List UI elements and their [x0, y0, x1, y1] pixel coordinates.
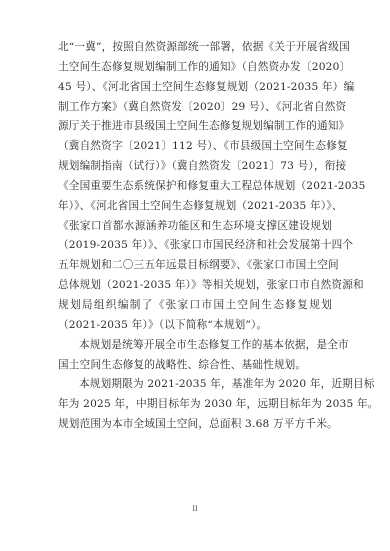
text-line: 45 号）、《河北省国土空间生态修复规划（2021-2035 年）编 — [58, 78, 332, 98]
text-line: 年）》、《河北省国土空间生态修复规划（2021-2035 年）》、 — [58, 197, 332, 217]
text-line: 本规划期限为 2021-2035 年，基准年为 2020 年，近期目标 — [58, 375, 332, 395]
text-line: 总体规划（2021-2035 年）》等相关规划，张家口市自然资源和 — [58, 276, 332, 296]
text-line: 土空间生态修复规划编制工作的通知》（自然资办发〔2020〕 — [58, 58, 332, 78]
text-line: 北“一冀”，按照自然资源部统一部署，依据《关于开展省级国 — [58, 38, 332, 58]
text-line: （2021-2035 年）》（以下简称“本规划”）。 — [58, 316, 332, 336]
text-line: 源厅关于推进市县级国土空间生态修复规划编制工作的通知》 — [58, 117, 332, 137]
page-number: II — [0, 504, 390, 513]
text-line: 五年规划和二〇三五年远景目标纲要》、《张家口市国土空间 — [58, 256, 332, 276]
text-line: 国土空间生态修复的战略性、综合性、基础性规划。 — [58, 356, 332, 376]
body-text: 北“一冀”，按照自然资源部统一部署，依据《关于开展省级国 土空间生态修复规划编制… — [58, 38, 332, 435]
text-line: 年为 2025 年，中期目标年为 2030 年，远期目标年为 2035 年。 — [58, 395, 332, 415]
document-page: 北“一冀”，按照自然资源部统一部署，依据《关于开展省级国 土空间生态修复规划编制… — [0, 0, 390, 551]
text-line: 规划局组织编制了《张家口市国土空间生态修复规划 — [58, 296, 332, 316]
text-line: 规划编制指南（试行）》（冀自然资发〔2021〕73 号），衔接 — [58, 157, 332, 177]
text-line: 制工作方案》（冀自然资发〔2020〕29 号）、《河北省自然资 — [58, 98, 332, 118]
text-line: （冀自然资字〔2021〕112 号）、《市县级国土空间生态修复 — [58, 137, 332, 157]
text-line: 规划范围为本市全域国土空间，总面积 3.68 万平方千米。 — [58, 415, 332, 435]
text-line: 本规划是统筹开展全市生态修复工作的基本依据，是全市 — [58, 336, 332, 356]
text-line: 《全国重要生态系统保护和修复重大工程总体规划（2021-2035 — [58, 177, 332, 197]
text-line: 《张家口首都水源涵养功能区和生态环境支撑区建设规划 — [58, 217, 332, 237]
text-line: （2019-2035 年）》、《张家口市国民经济和社会发展第十四个 — [58, 236, 332, 256]
